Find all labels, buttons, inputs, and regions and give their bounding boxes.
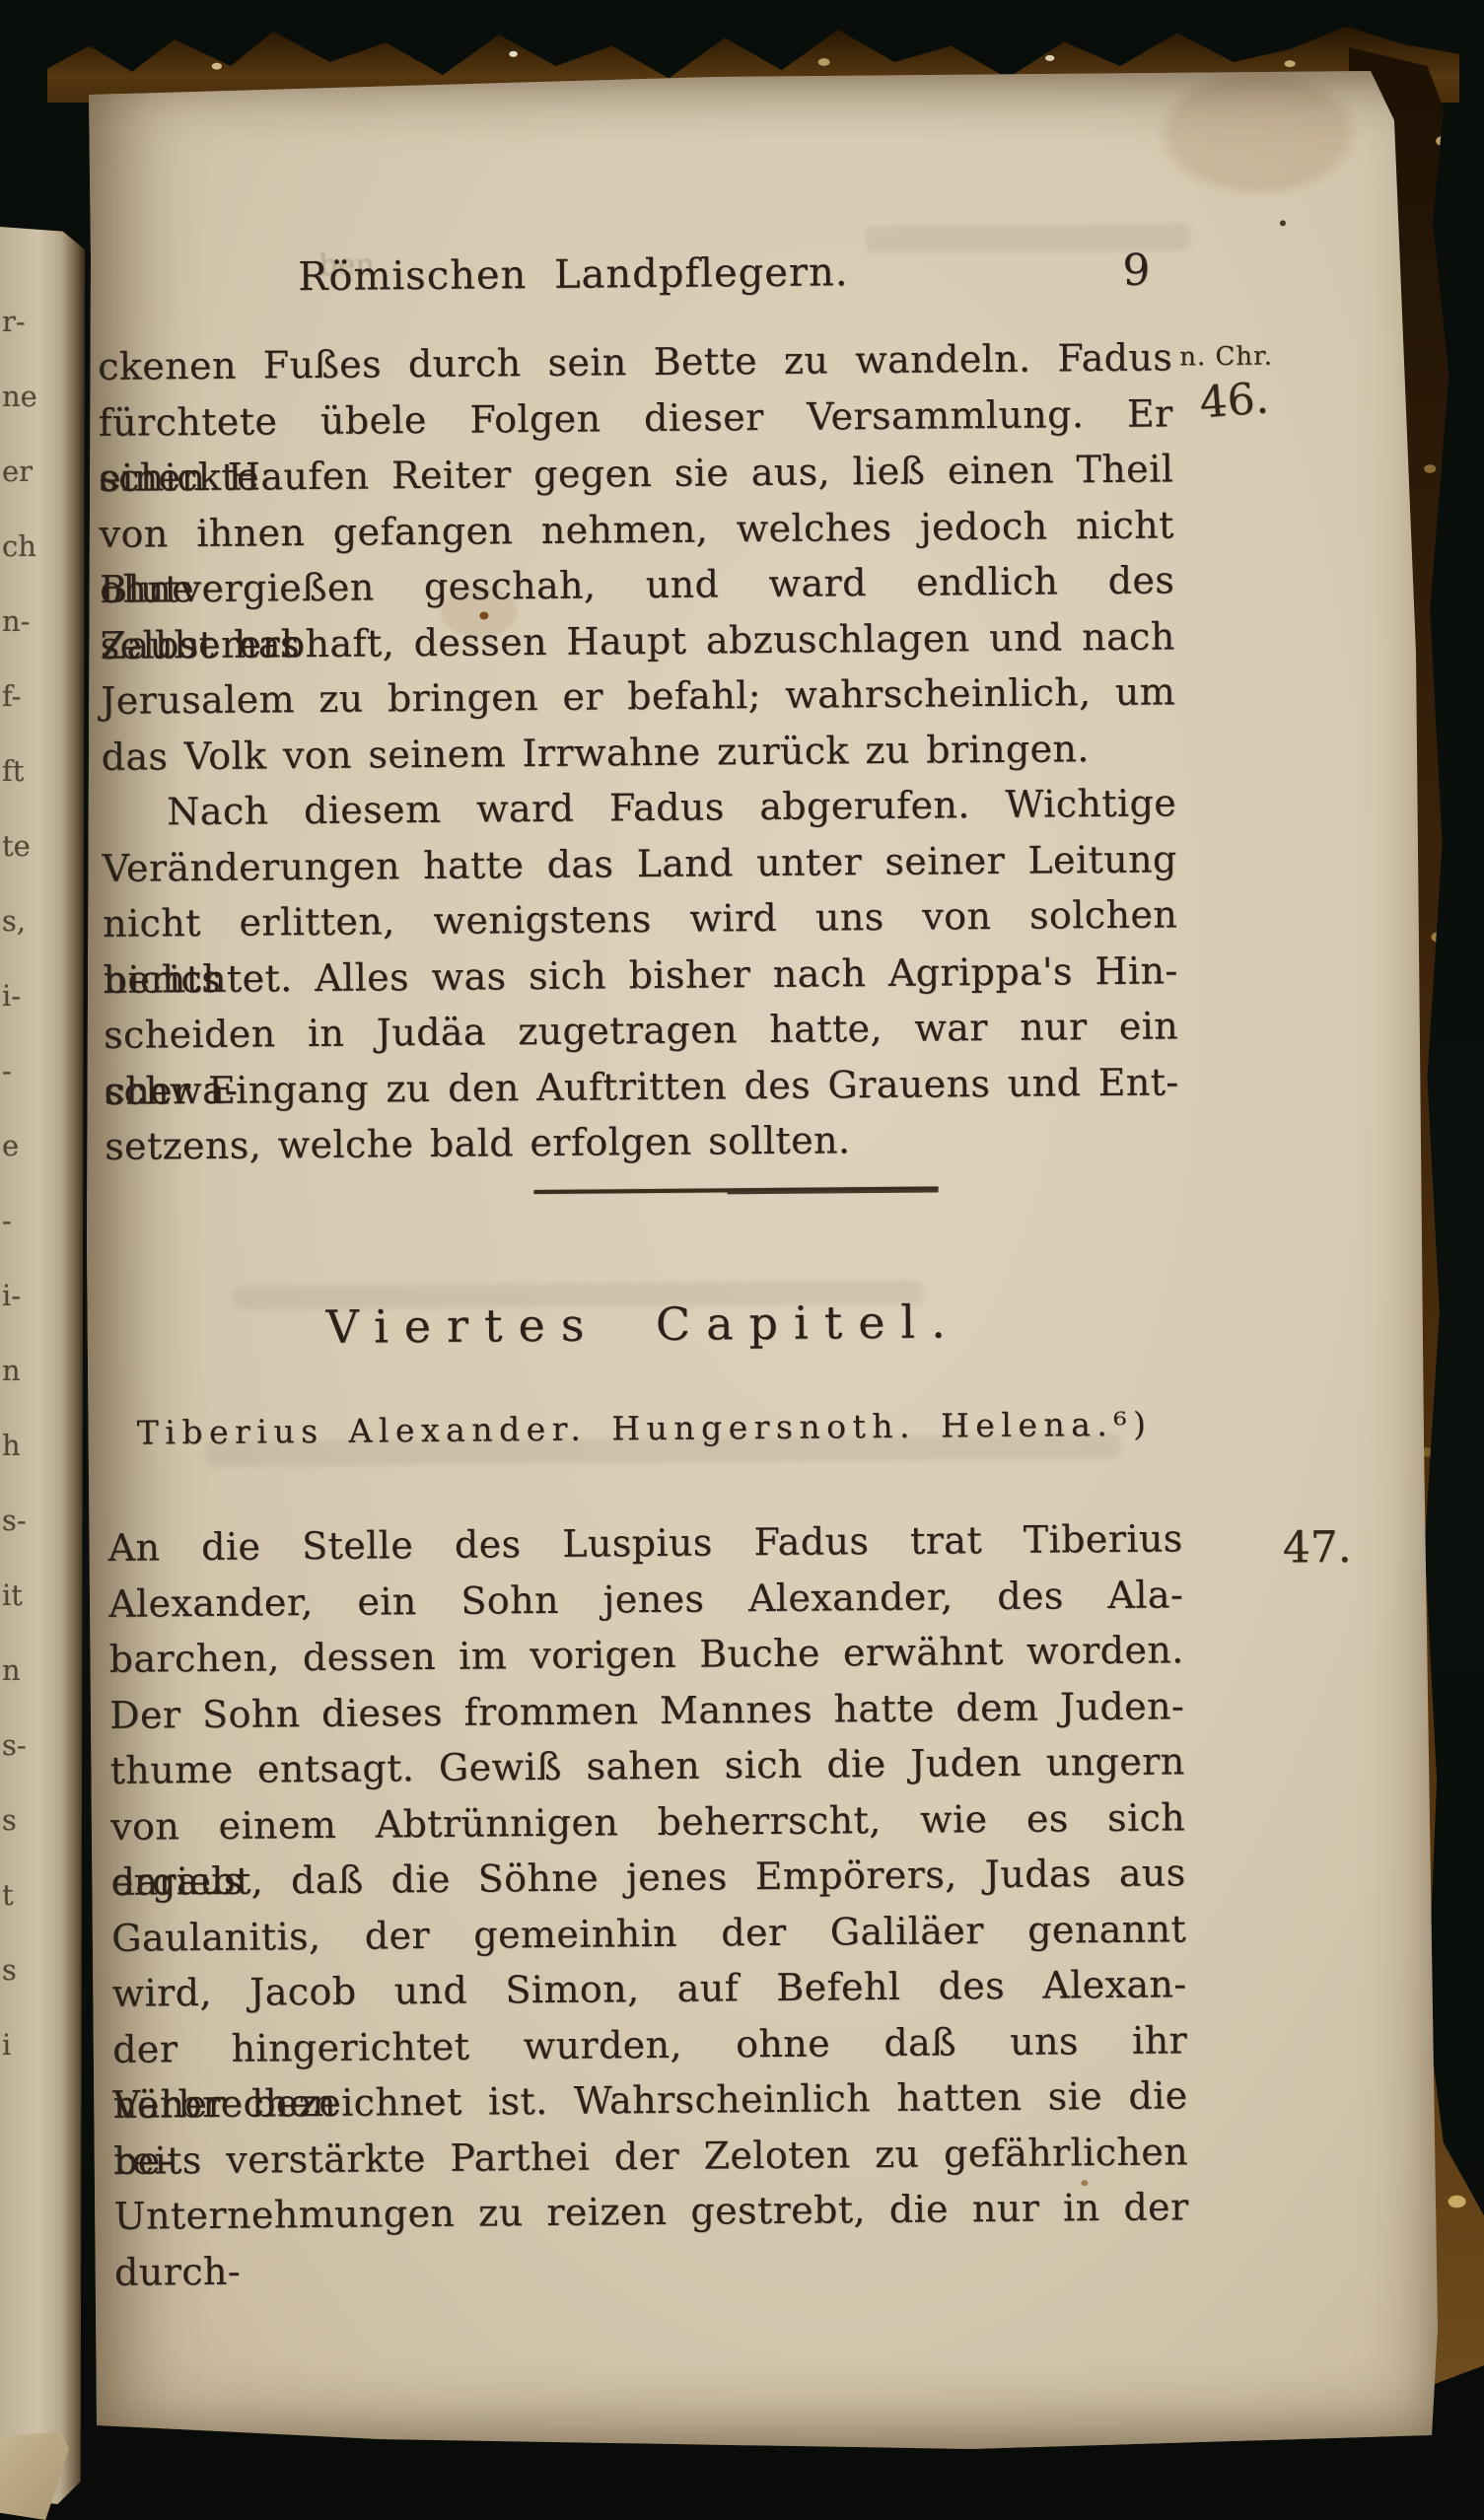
text-line: Jerusalem zu bringen er befahl; wahrsche…	[101, 664, 1175, 729]
text-line: An die Stelle des Luspius Fadus trat Tib…	[107, 1510, 1182, 1575]
text-line: ckenen Fußes durch sein Bette zu wandeln…	[98, 329, 1172, 394]
text-line: thume entsagt. Gewiß sahen sich die Jude…	[109, 1733, 1184, 1798]
gutter-fragment: n	[2, 1333, 39, 1408]
gutter-fragment: i-	[2, 1258, 39, 1333]
gutter-fragment: i-	[2, 958, 39, 1033]
text-line: reits verstärkte Parthei der Zeloten zu …	[113, 2124, 1188, 2189]
text-line: wird, Jacob und Simon, auf Befehl des Al…	[111, 1956, 1186, 2021]
ink-speck	[479, 611, 488, 619]
book-scan: r- ne er ch n- f- ft te s, i- - e - i- n…	[0, 0, 1484, 2520]
gutter-text-fragments: r- ne er ch n- f- ft te s, i- - e - i- n…	[2, 284, 39, 2082]
book-page: ben Römischen Landpflegern. 9 n. Chr. 46…	[83, 61, 1449, 2457]
paragraph-3: An die Stelle des Luspius Fadus trat Tib…	[107, 1510, 1188, 2244]
running-header: Römischen Landpflegern.	[35, 247, 1110, 303]
gutter-fragment: f-	[2, 659, 39, 734]
text-line: selbst habhaft, dessen Haupt abzuschlage…	[100, 608, 1174, 673]
paragraph-2: Nach diesem ward Fadus abgerufen. Wichti…	[102, 775, 1179, 1174]
gutter-fragment: -	[2, 1033, 39, 1108]
section-divider	[534, 1186, 939, 1194]
text-line: Der Sohn dieses frommen Mannes hatte dem…	[109, 1678, 1184, 1743]
text-line: von ihnen gefangen nehmen, welches jedoc…	[99, 497, 1173, 562]
chapter-heading: Viertes Capitel.	[106, 1293, 1180, 1356]
text-line: näher bezeichnet ist. Wahrscheinlich hat…	[112, 2067, 1187, 2133]
text-line: berichtet. Alles was sich bisher nach Ag…	[103, 943, 1177, 1008]
gutter-fragment: e	[2, 1108, 39, 1183]
gutter-fragment: ne	[2, 359, 39, 434]
gutter-fragment: i	[2, 2007, 39, 2082]
text-line: setzens, welche bald erfolgen sollten.	[105, 1109, 1179, 1174]
text-line: das Volk von seinem Irrwahne zurück zu b…	[101, 720, 1175, 785]
gutter-fragment: -	[2, 1183, 39, 1258]
text-line: nicht erlitten, wenigstens wird uns von …	[103, 886, 1177, 951]
text-line: Nach diesem ward Fadus abgerufen. Wichti…	[102, 775, 1176, 840]
paragraph-1: ckenen Fußes durch sein Bette zu wandeln…	[98, 329, 1176, 784]
gutter-fragment: s,	[2, 883, 39, 958]
text-line: scheiden in Judäa zugetragen hatte, war …	[104, 998, 1178, 1063]
text-line: barchen, dessen im vorigen Buche erwähnt…	[108, 1622, 1183, 1687]
text-line: Veränderungen hatte das Land unter seine…	[102, 831, 1176, 896]
page-number: 9	[1101, 245, 1170, 296]
facing-page-corner	[0, 2431, 69, 2520]
text-line: Unternehmungen zu reizen gestrebt, die n…	[113, 2179, 1188, 2244]
ink-speck	[1081, 2180, 1088, 2186]
gutter-fragment: n	[2, 1633, 39, 1708]
ink-speck	[1280, 220, 1286, 226]
gutter-fragment: t	[2, 1857, 39, 1932]
gutter-fragment: s-	[2, 1483, 39, 1558]
gutter-fragment: er	[2, 434, 39, 509]
gutter-fragment: s	[2, 1783, 39, 1857]
gutter-fragment: s-	[2, 1708, 39, 1783]
gutter-fragment: h	[2, 1408, 39, 1483]
text-line: fürchtete übele Folgen dieser Versammlun…	[98, 385, 1172, 451]
gutter-fragment: ft	[2, 734, 39, 808]
text-line: ergiebt, daß die Söhne jenes Empörers, J…	[110, 1845, 1185, 1910]
text-line: cher Eingang zu den Auftritten des Graue…	[104, 1054, 1178, 1119]
gutter-fragment: te	[2, 808, 39, 883]
gutter-fragment: it	[2, 1558, 39, 1633]
text-line: der hingerichtet wurden, ohne daß uns ih…	[112, 2012, 1187, 2077]
text-line: Alexander, ein Sohn jenes Alexander, des…	[108, 1567, 1183, 1632]
gutter-fragment: ch	[2, 509, 39, 584]
margin-note-year-46: 46.	[1198, 373, 1271, 428]
gutter-fragment: n-	[2, 584, 39, 659]
gutter-fragment: r-	[2, 284, 39, 359]
margin-note-year-47: 47.	[1282, 1522, 1351, 1574]
text-line: Blutvergießen geschah, und ward endlich …	[100, 552, 1174, 617]
text-line: einen Haufen Reiter gegen sie aus, ließ …	[99, 441, 1173, 506]
margin-note-era: n. Chr.	[1179, 341, 1273, 372]
gutter-fragment: s	[2, 1932, 39, 2007]
text-line: Gaulanitis, der gemeinhin der Galiläer g…	[111, 1901, 1186, 1966]
text-line: von einem Abtrünnigen beherrscht, wie es…	[110, 1789, 1185, 1855]
